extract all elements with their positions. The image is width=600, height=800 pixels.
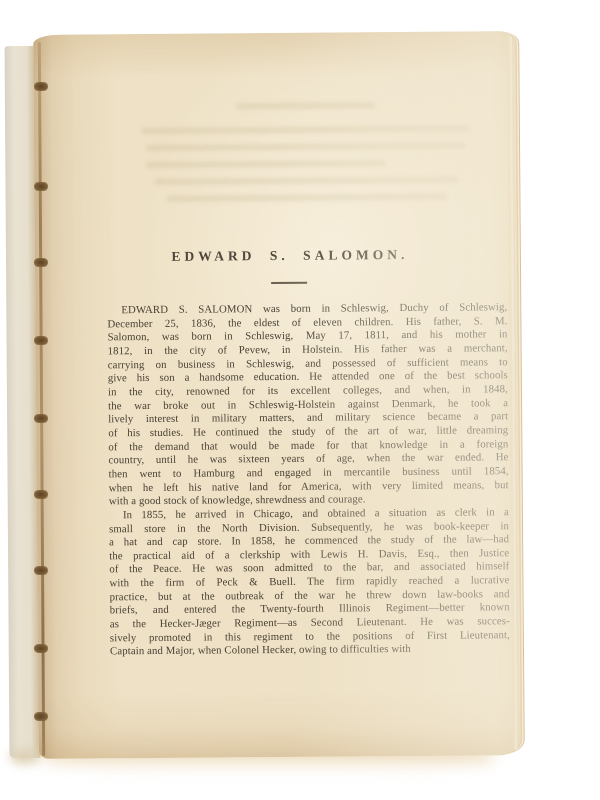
stitch-knot <box>34 182 48 191</box>
ghost-line <box>141 125 471 134</box>
page-title: EDWARD S. SALOMON. <box>107 247 507 264</box>
book-page: EDWARD S. SALOMON. EDWARD S. SALOMON was… <box>33 31 521 759</box>
paragraph: EDWARD S. SALOMON was born in Schleswig,… <box>107 301 509 509</box>
section-divider <box>271 282 307 284</box>
paragraph: In 1855, he arrived in Chicago, and obta… <box>109 506 510 659</box>
ghost-line <box>236 102 376 109</box>
stitch-knot <box>34 82 48 91</box>
ghost-line <box>166 194 446 202</box>
ghost-line <box>154 177 459 185</box>
show-through-text <box>106 101 507 213</box>
stitch-knot <box>34 644 48 653</box>
stitch-knot <box>34 414 48 423</box>
stitch-knot <box>34 490 48 499</box>
stitch-knot <box>34 566 48 575</box>
text-line: Captain and Major, when Colonel Hecker, … <box>110 643 510 660</box>
stitch-knot <box>34 336 48 345</box>
ghost-line <box>146 160 386 168</box>
ghost-line <box>146 143 466 152</box>
book-photo: EDWARD S. SALOMON. EDWARD S. SALOMON was… <box>0 0 600 800</box>
stitch-knot <box>34 258 48 267</box>
stitch-knot <box>34 712 48 721</box>
printed-text: EDWARD S. SALOMON. EDWARD S. SALOMON was… <box>107 247 510 659</box>
